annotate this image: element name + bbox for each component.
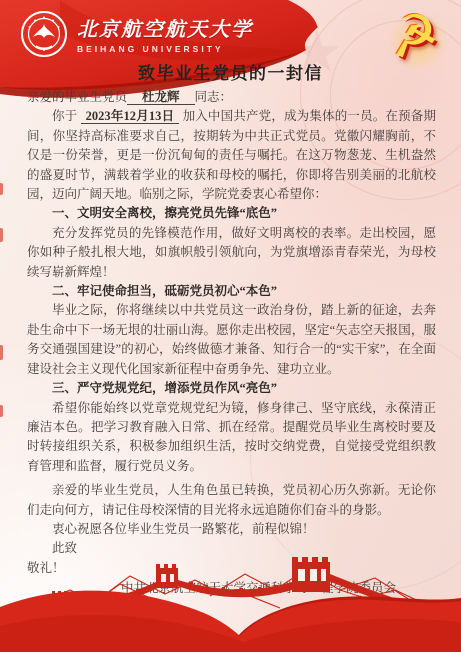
section-2-heading: 二、牢记使命担当，砥砺党员初心“本色”: [27, 282, 436, 301]
university-name-cn: 北京航空航天大学: [77, 18, 253, 42]
letter-page: 北京航空航天大学 BEIHANG UNIVERSITY ☭ 致毕业生党员的一封信…: [0, 0, 461, 652]
farewell-paragraph: 亲爱的毕业生党员，人生角色虽已转换，党员初心历久弥新。无论你们走向何方，请记住母…: [27, 481, 436, 520]
section-1-body: 充分发挥党员的先锋模范作用，做好文明离校的表率。走出校园，愿你如种子般扎根大地，…: [27, 224, 436, 282]
wish-line: 衷心祝愿各位毕业生党员一路繁花，前程似锦！: [27, 520, 436, 539]
salutation-prefix: 亲爱的毕业生党员: [27, 90, 127, 104]
letter-body: 亲爱的毕业生党员杜龙辉同志： 你于 2023年12月13日 加入中国共产党，成为…: [27, 88, 436, 618]
page-edge-mark: [0, 228, 3, 242]
page-edge-mark: [0, 345, 3, 360]
recipient-name: 杜龙辉: [127, 90, 195, 105]
section-2-body: 毕业之际，你将继续以中共党员这一政治身份，踏上新的征途，去奔赴生命中下一场无垠的…: [27, 301, 436, 379]
section-3-heading: 三、严守党规党纪，增添党员作风“亮色”: [27, 379, 436, 398]
salutation: 亲爱的毕业生党员杜龙辉同志：: [27, 88, 436, 107]
opening-prefix: 你于: [52, 109, 77, 123]
university-name-en: BEIHANG UNIVERSITY: [77, 44, 253, 54]
great-wall-illustration: [0, 556, 461, 652]
page-edge-mark: [0, 405, 3, 417]
university-seal-icon: [20, 10, 68, 58]
section-3-body: 希望你能始终以党章党规党纪为镜，修身律己、坚守底线，永葆清正廉洁本色。把学习教育…: [27, 399, 436, 477]
salutation-suffix: 同志：: [195, 90, 233, 104]
university-brand: 北京航空航天大学 BEIHANG UNIVERSITY: [20, 10, 253, 58]
opening-paragraph: 你于 2023年12月13日 加入中国共产党，成为集体的一员。在预备期间，你坚持…: [27, 107, 436, 204]
join-date: 2023年12月13日: [81, 109, 180, 124]
page-edge-mark: [0, 183, 3, 195]
section-1-heading: 一、文明安全离校，擦亮党员先锋“底色”: [27, 204, 436, 223]
letter-title: 致毕业生党员的一封信: [0, 59, 461, 84]
university-names: 北京航空航天大学 BEIHANG UNIVERSITY: [77, 10, 253, 54]
